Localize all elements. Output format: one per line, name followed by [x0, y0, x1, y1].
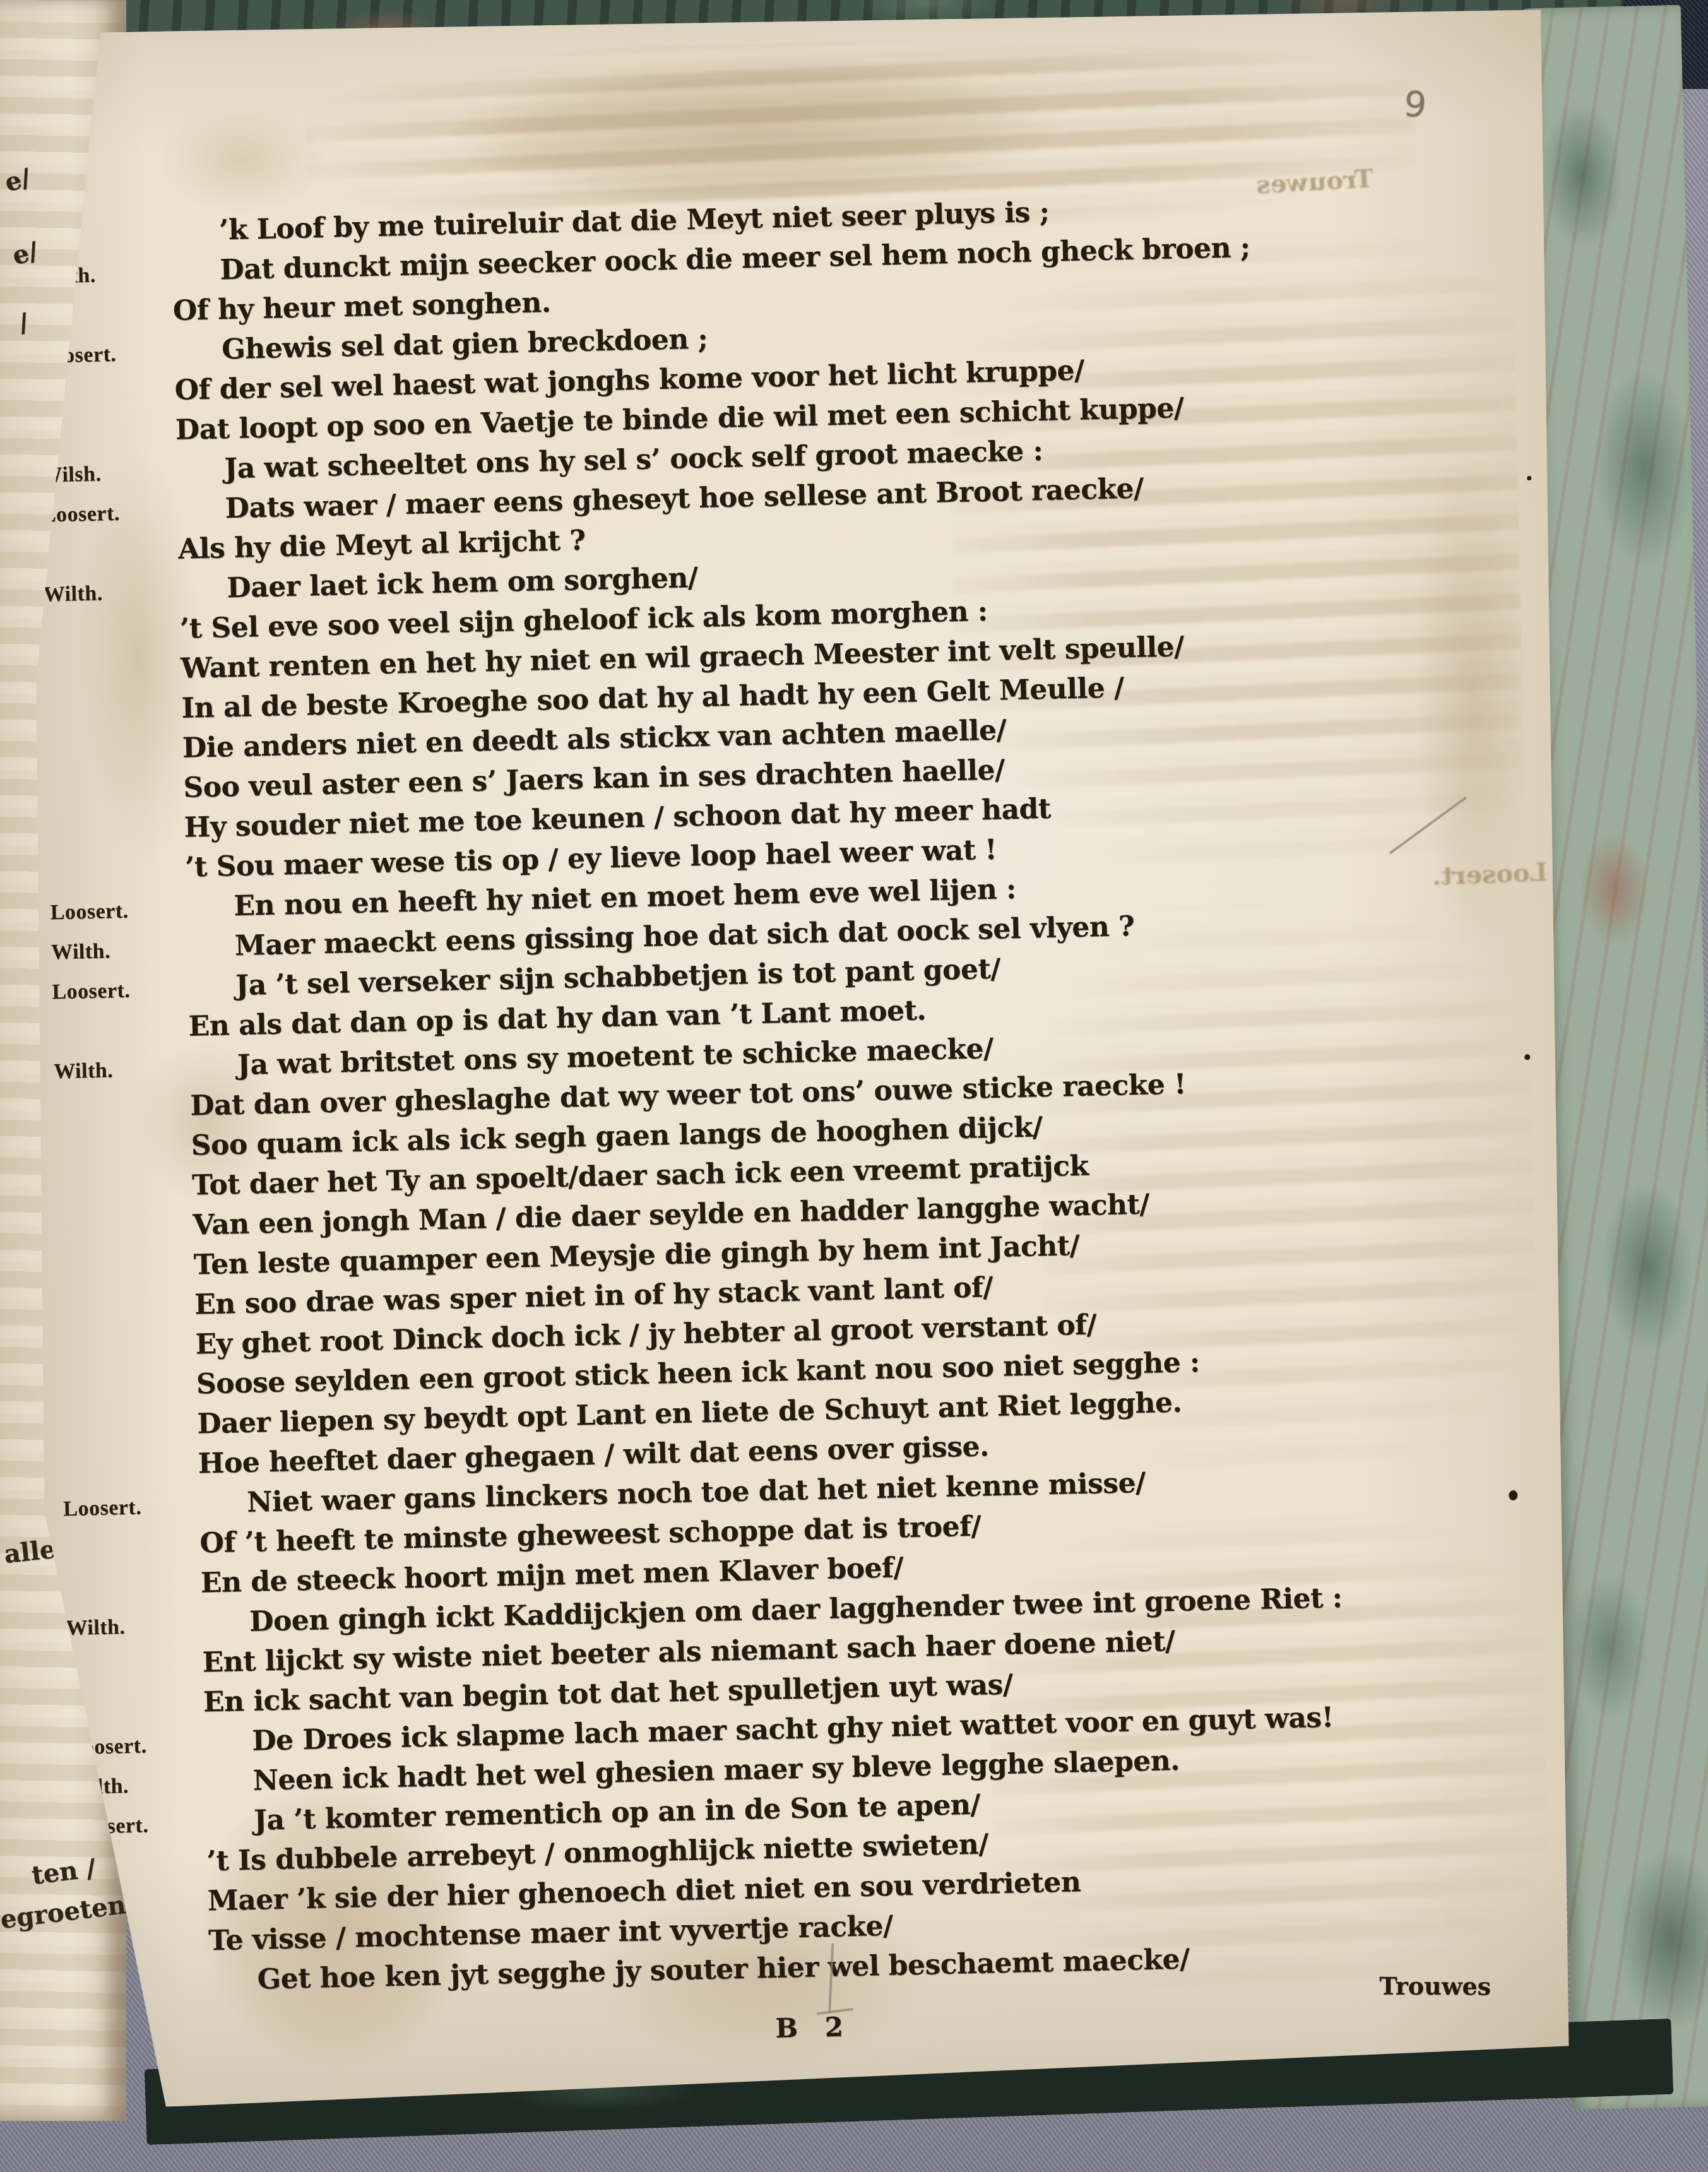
- speaker-label: Loosert.: [63, 1494, 199, 1521]
- speaker-label: Wilth.: [43, 580, 179, 607]
- speaker-label: [62, 1473, 198, 1476]
- facing-page-text-fragment: egroeten: [0, 1890, 128, 1935]
- speaker-label: [67, 1671, 203, 1675]
- speaker-label: [50, 877, 186, 880]
- speaker-label: [57, 1195, 193, 1198]
- speaker-label: [58, 1274, 194, 1278]
- speaker-label: Wilth.: [51, 938, 187, 965]
- speaker-label: [48, 797, 184, 800]
- speaker-label: [61, 1393, 196, 1396]
- speaker-label: [49, 837, 184, 840]
- speaker-label: Wilth.: [66, 1613, 202, 1641]
- speaker-label: [46, 718, 182, 721]
- speaker-label: [55, 1115, 191, 1119]
- handwritten-folio-number: 9: [1402, 83, 1428, 126]
- facing-page-text-fragment: e/: [2, 163, 33, 198]
- facing-page-text-fragment: e/: [9, 236, 41, 271]
- speaker-label: [68, 1711, 203, 1714]
- speaker-label: [64, 1552, 200, 1555]
- speaker-label: [53, 1036, 189, 1039]
- facing-page-text-fragment: ten /: [30, 1853, 98, 1890]
- speaker-label: [60, 1354, 196, 1357]
- speaker-label: [62, 1433, 198, 1436]
- book-photograph: e/e//alle bey bten /egroeten 9 ’k Loof b…: [0, 0, 1708, 2172]
- speaker-label: Loosert.: [52, 978, 188, 1005]
- speaker-label: [59, 1314, 195, 1317]
- gathering-signature: B 2: [775, 2011, 852, 2044]
- speaker-label: [47, 757, 182, 761]
- showthrough-text-fragment: Loosert.: [1432, 857, 1548, 891]
- text-block: ’k Loof by me tuireluir dat die Meyt nie…: [10, 186, 1576, 2008]
- catchword: Trouwes: [1379, 1972, 1491, 2001]
- speaker-label: Wilth.: [54, 1057, 190, 1084]
- speaker-label: [44, 638, 180, 641]
- speaker-label: Loosert.: [50, 898, 186, 925]
- speaker-label: Loosert.: [42, 501, 178, 528]
- speaker-label: [57, 1235, 193, 1238]
- facing-page-text-fragment: /: [16, 307, 32, 338]
- speaker-label: [65, 1592, 201, 1595]
- speaker-label: Wilsh.: [40, 461, 177, 488]
- book-page: 9 ’k Loof by me tuireluir dat die Meyt n…: [6, 1, 1586, 2110]
- speaker-label: [56, 1155, 191, 1158]
- speaker-label: [40, 439, 175, 442]
- speaker-label: [43, 559, 179, 562]
- speaker-label: [45, 678, 181, 681]
